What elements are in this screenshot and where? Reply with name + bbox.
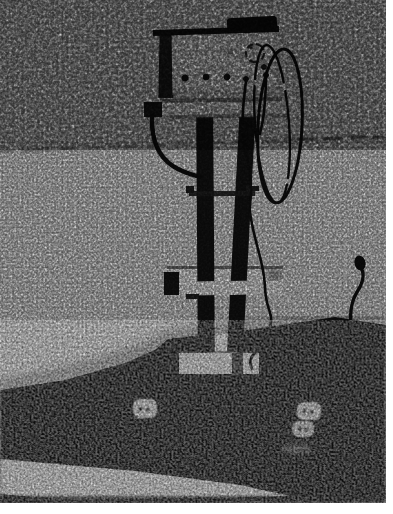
- grain-white-shadow-specks: [0, 320, 386, 503]
- photograph: [0, 0, 386, 503]
- scanned-photo-page: [0, 0, 393, 514]
- film-grain-highlights: [0, 0, 386, 503]
